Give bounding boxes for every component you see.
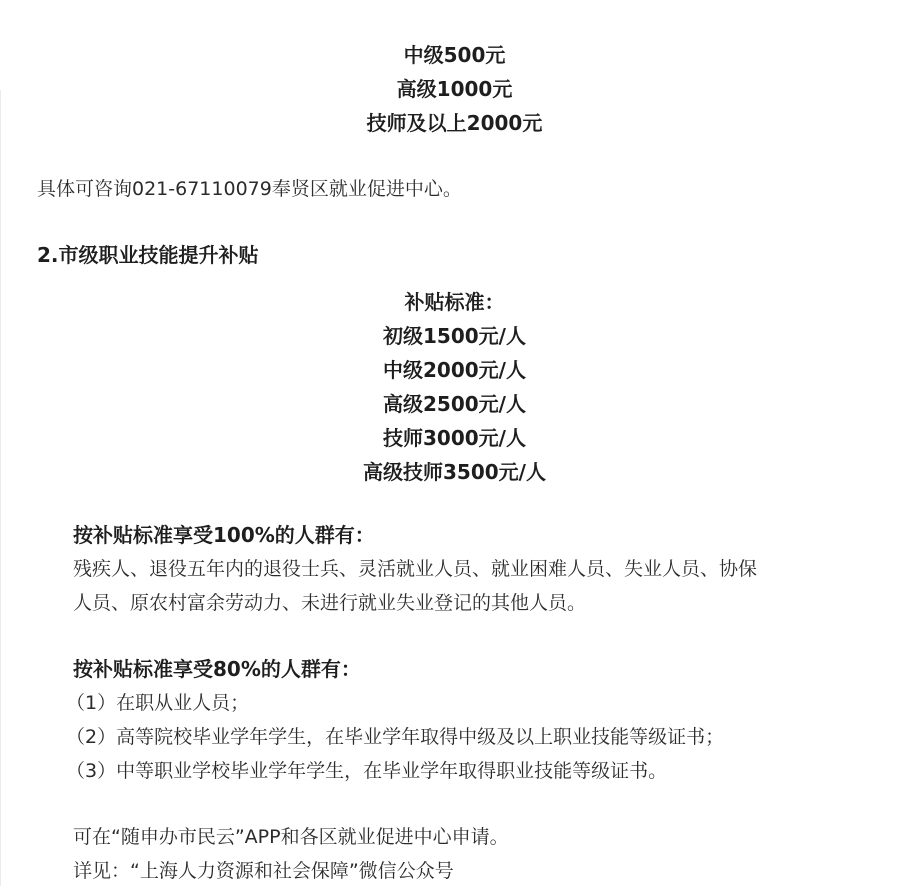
group100-heading: 按补贴标准享受100%的人群有：	[73, 518, 375, 552]
standard-item: 初级1500元/人	[0, 319, 909, 353]
group80-item: （2）高等院校毕业学年学生，在毕业学年取得中级及以上职业技能等级证书；	[66, 720, 724, 754]
standard-item: 高级2500元/人	[0, 387, 909, 421]
group80-heading: 按补贴标准享受80%的人群有：	[73, 652, 361, 686]
group100-line: 残疾人、退役五年内的退役士兵、灵活就业人员、就业困难人员、失业人员、协保	[73, 552, 757, 586]
details-line: 详见：“上海人力资源和社会保障”微信公众号	[73, 854, 454, 886]
consult-line: 具体可咨询021-67110079奉贤区就业促进中心。	[37, 172, 462, 206]
group80-item: （1）在职从业人员；	[66, 686, 249, 720]
standard-label: 补贴标准：	[0, 285, 909, 319]
group100-line: 人员、原农村富余劳动力、未进行就业失业登记的其他人员。	[73, 586, 586, 620]
apply-line: 可在“随申办市民云”APP和各区就业促进中心申请。	[73, 820, 509, 854]
standard-item: 技师3000元/人	[0, 421, 909, 455]
standard-item: 高级技师3500元/人	[0, 455, 909, 489]
level-intermediate: 中级500元	[0, 38, 909, 72]
level-advanced: 高级1000元	[0, 72, 909, 106]
section-heading: 2.市级职业技能提升补贴	[37, 238, 259, 272]
group80-item: （3）中等职业学校毕业学年学生，在毕业学年取得职业技能等级证书。	[66, 754, 667, 788]
standard-item: 中级2000元/人	[0, 353, 909, 387]
level-technician: 技师及以上2000元	[0, 106, 909, 140]
